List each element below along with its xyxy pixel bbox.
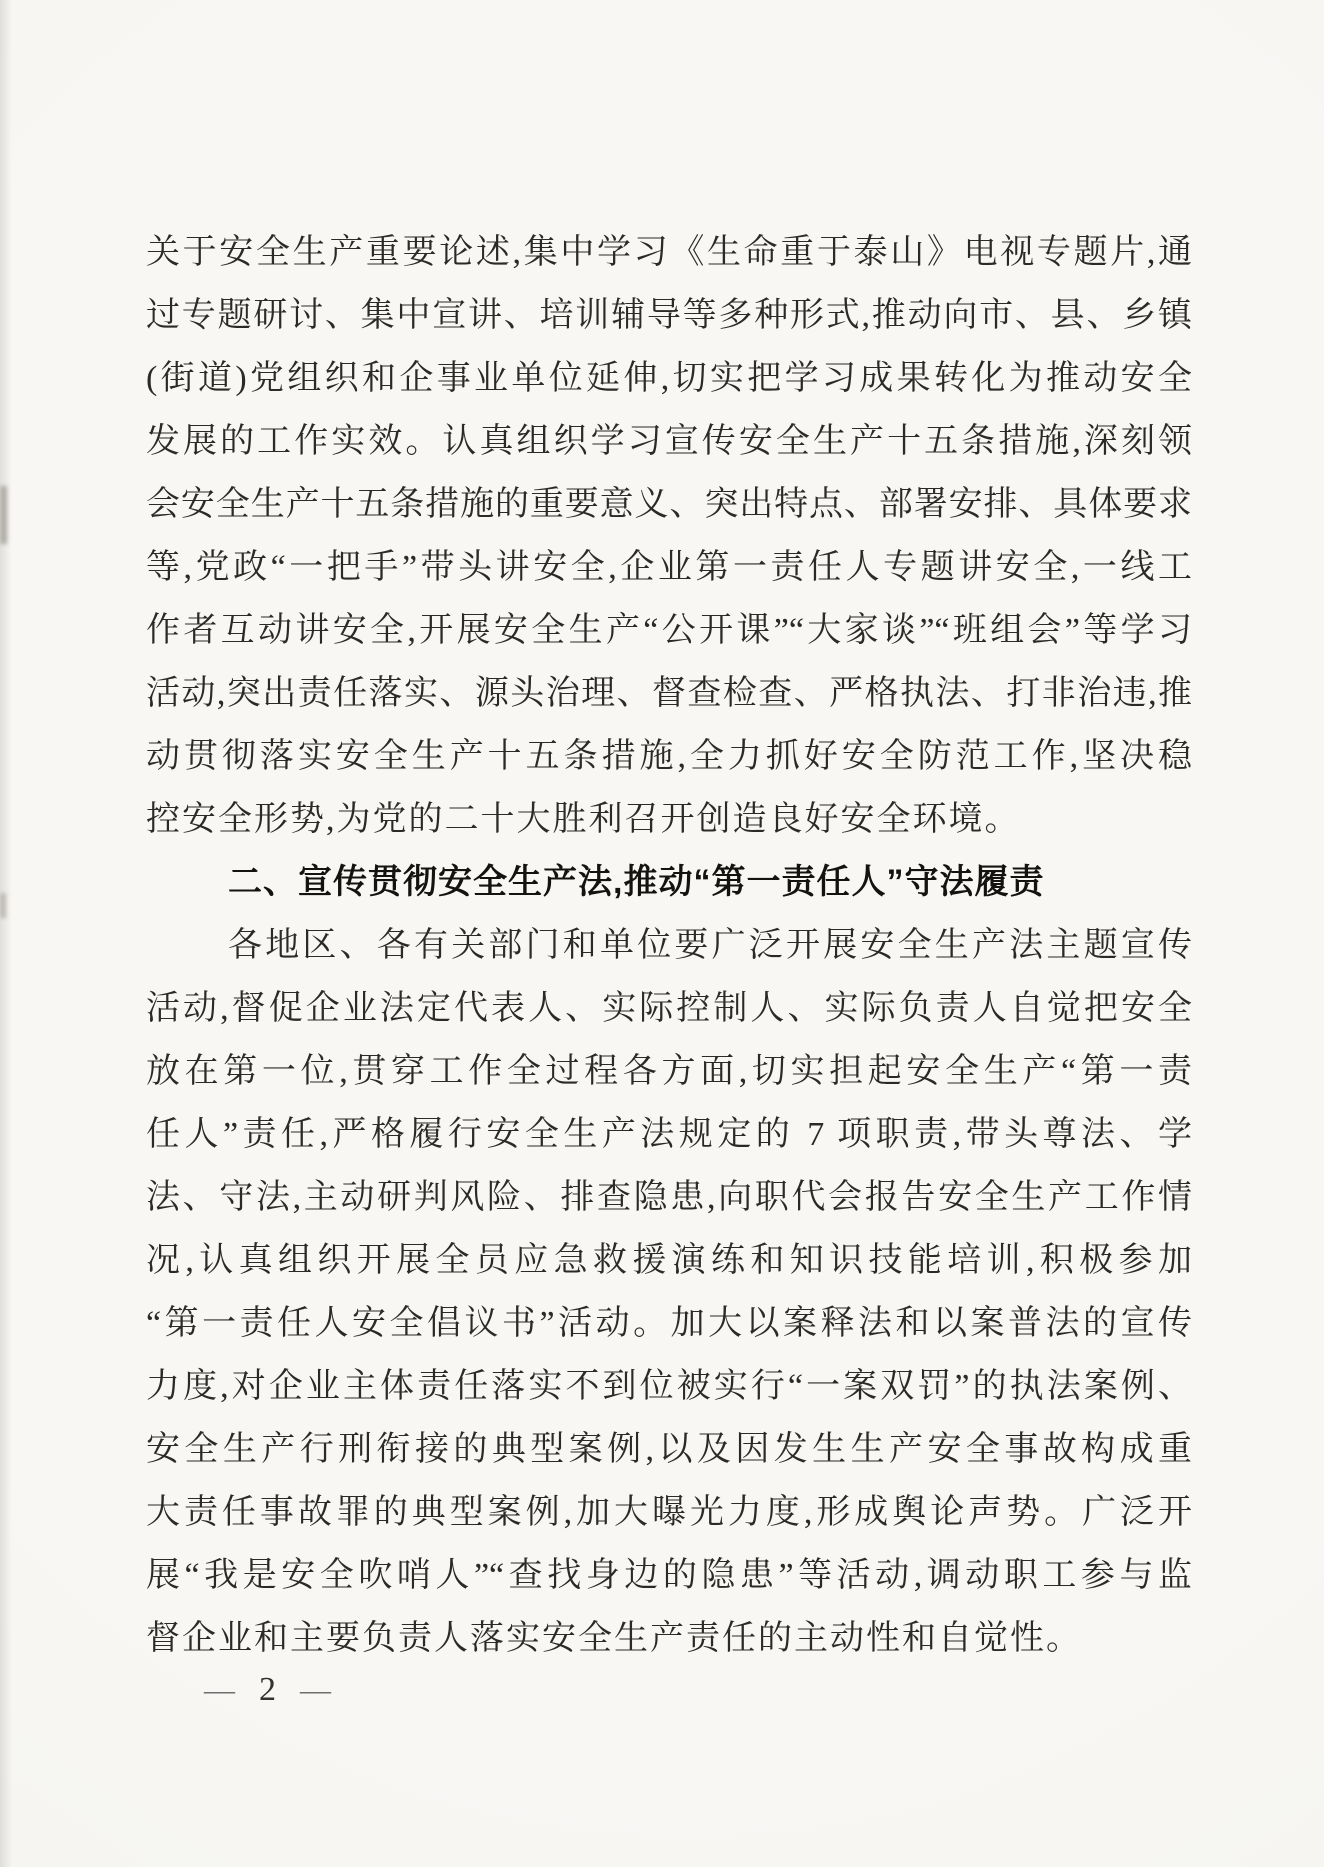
body-line: (街道)党组织和企事业单位延伸,切实把学习成果转化为推动安全 [146,347,1192,410]
body-line: 各地区、各有关部门和单位要广泛开展安全生产法主题宣传 [146,914,1192,977]
page-footer: — 2 — [204,1671,331,1709]
body-line: 控安全形势,为党的二十大胜利召开创造良好安全环境。 [146,788,1192,851]
body-line: 展“我是安全吹哨人”“查找身边的隐患”等活动,调动职工参与监 [146,1544,1192,1607]
section-heading: 二、宣传贯彻安全生产法,推动“第一责任人”守法履责 [146,851,1192,914]
footer-dash-left: — [204,1672,235,1708]
scan-artifact [0,893,6,918]
body-line: 况,认真组织开展全员应急救援演练和知识技能培训,积极参加 [146,1229,1192,1292]
body-line: 作者互动讲安全,开展安全生产“公开课”“大家谈”“班组会”等学习 [146,599,1192,662]
document-body: 关于安全生产重要论述,集中学习《生命重于泰山》电视专题片,通 过专题研讨、集中宣… [146,221,1192,1670]
body-line: 发展的工作实效。认真组织学习宣传安全生产十五条措施,深刻领 [146,410,1192,473]
body-line: 活动,突出责任落实、源头治理、督查检查、严格执法、打非治违,推 [146,662,1192,725]
body-line: 动贯彻落实安全生产十五条措施,全力抓好安全防范工作,坚决稳 [146,725,1192,788]
body-line: 大责任事故罪的典型案例,加大曝光力度,形成舆论声势。广泛开 [146,1481,1192,1544]
scanned-page: 关于安全生产重要论述,集中学习《生命重于泰山》电视专题片,通 过专题研讨、集中宣… [0,0,1324,1867]
body-line: 放在第一位,贯穿工作全过程各方面,切实担起安全生产“第一责 [146,1040,1192,1103]
body-line: 力度,对企业主体责任落实不到位被实行“一案双罚”的执法案例、 [146,1355,1192,1418]
body-line: 活动,督促企业法定代表人、实际控制人、实际负责人自觉把安全 [146,977,1192,1040]
body-line: “第一责任人安全倡议书”活动。加大以案释法和以案普法的宣传 [146,1292,1192,1355]
scan-artifact [0,486,7,544]
body-line: 等,党政“一把手”带头讲安全,企业第一责任人专题讲安全,一线工 [146,536,1192,599]
body-line: 安全生产行刑衔接的典型案例,以及因发生生产安全事故构成重 [146,1418,1192,1481]
page-number: 2 [259,1671,276,1709]
body-line: 法、守法,主动研判风险、排查隐患,向职代会报告安全生产工作情 [146,1166,1192,1229]
body-line: 关于安全生产重要论述,集中学习《生命重于泰山》电视专题片,通 [146,221,1192,284]
body-line: 督企业和主要负责人落实安全生产责任的主动性和自觉性。 [146,1607,1192,1670]
scan-edge-shade [0,0,12,1867]
body-line: 会安全生产十五条措施的重要意义、突出特点、部署安排、具体要求 [146,473,1192,536]
body-line: 任人”责任,严格履行安全生产法规定的 7 项职责,带头尊法、学 [146,1103,1192,1166]
body-line: 过专题研讨、集中宣讲、培训辅导等多种形式,推动向市、县、乡镇 [146,284,1192,347]
footer-dash-right: — [300,1672,331,1708]
